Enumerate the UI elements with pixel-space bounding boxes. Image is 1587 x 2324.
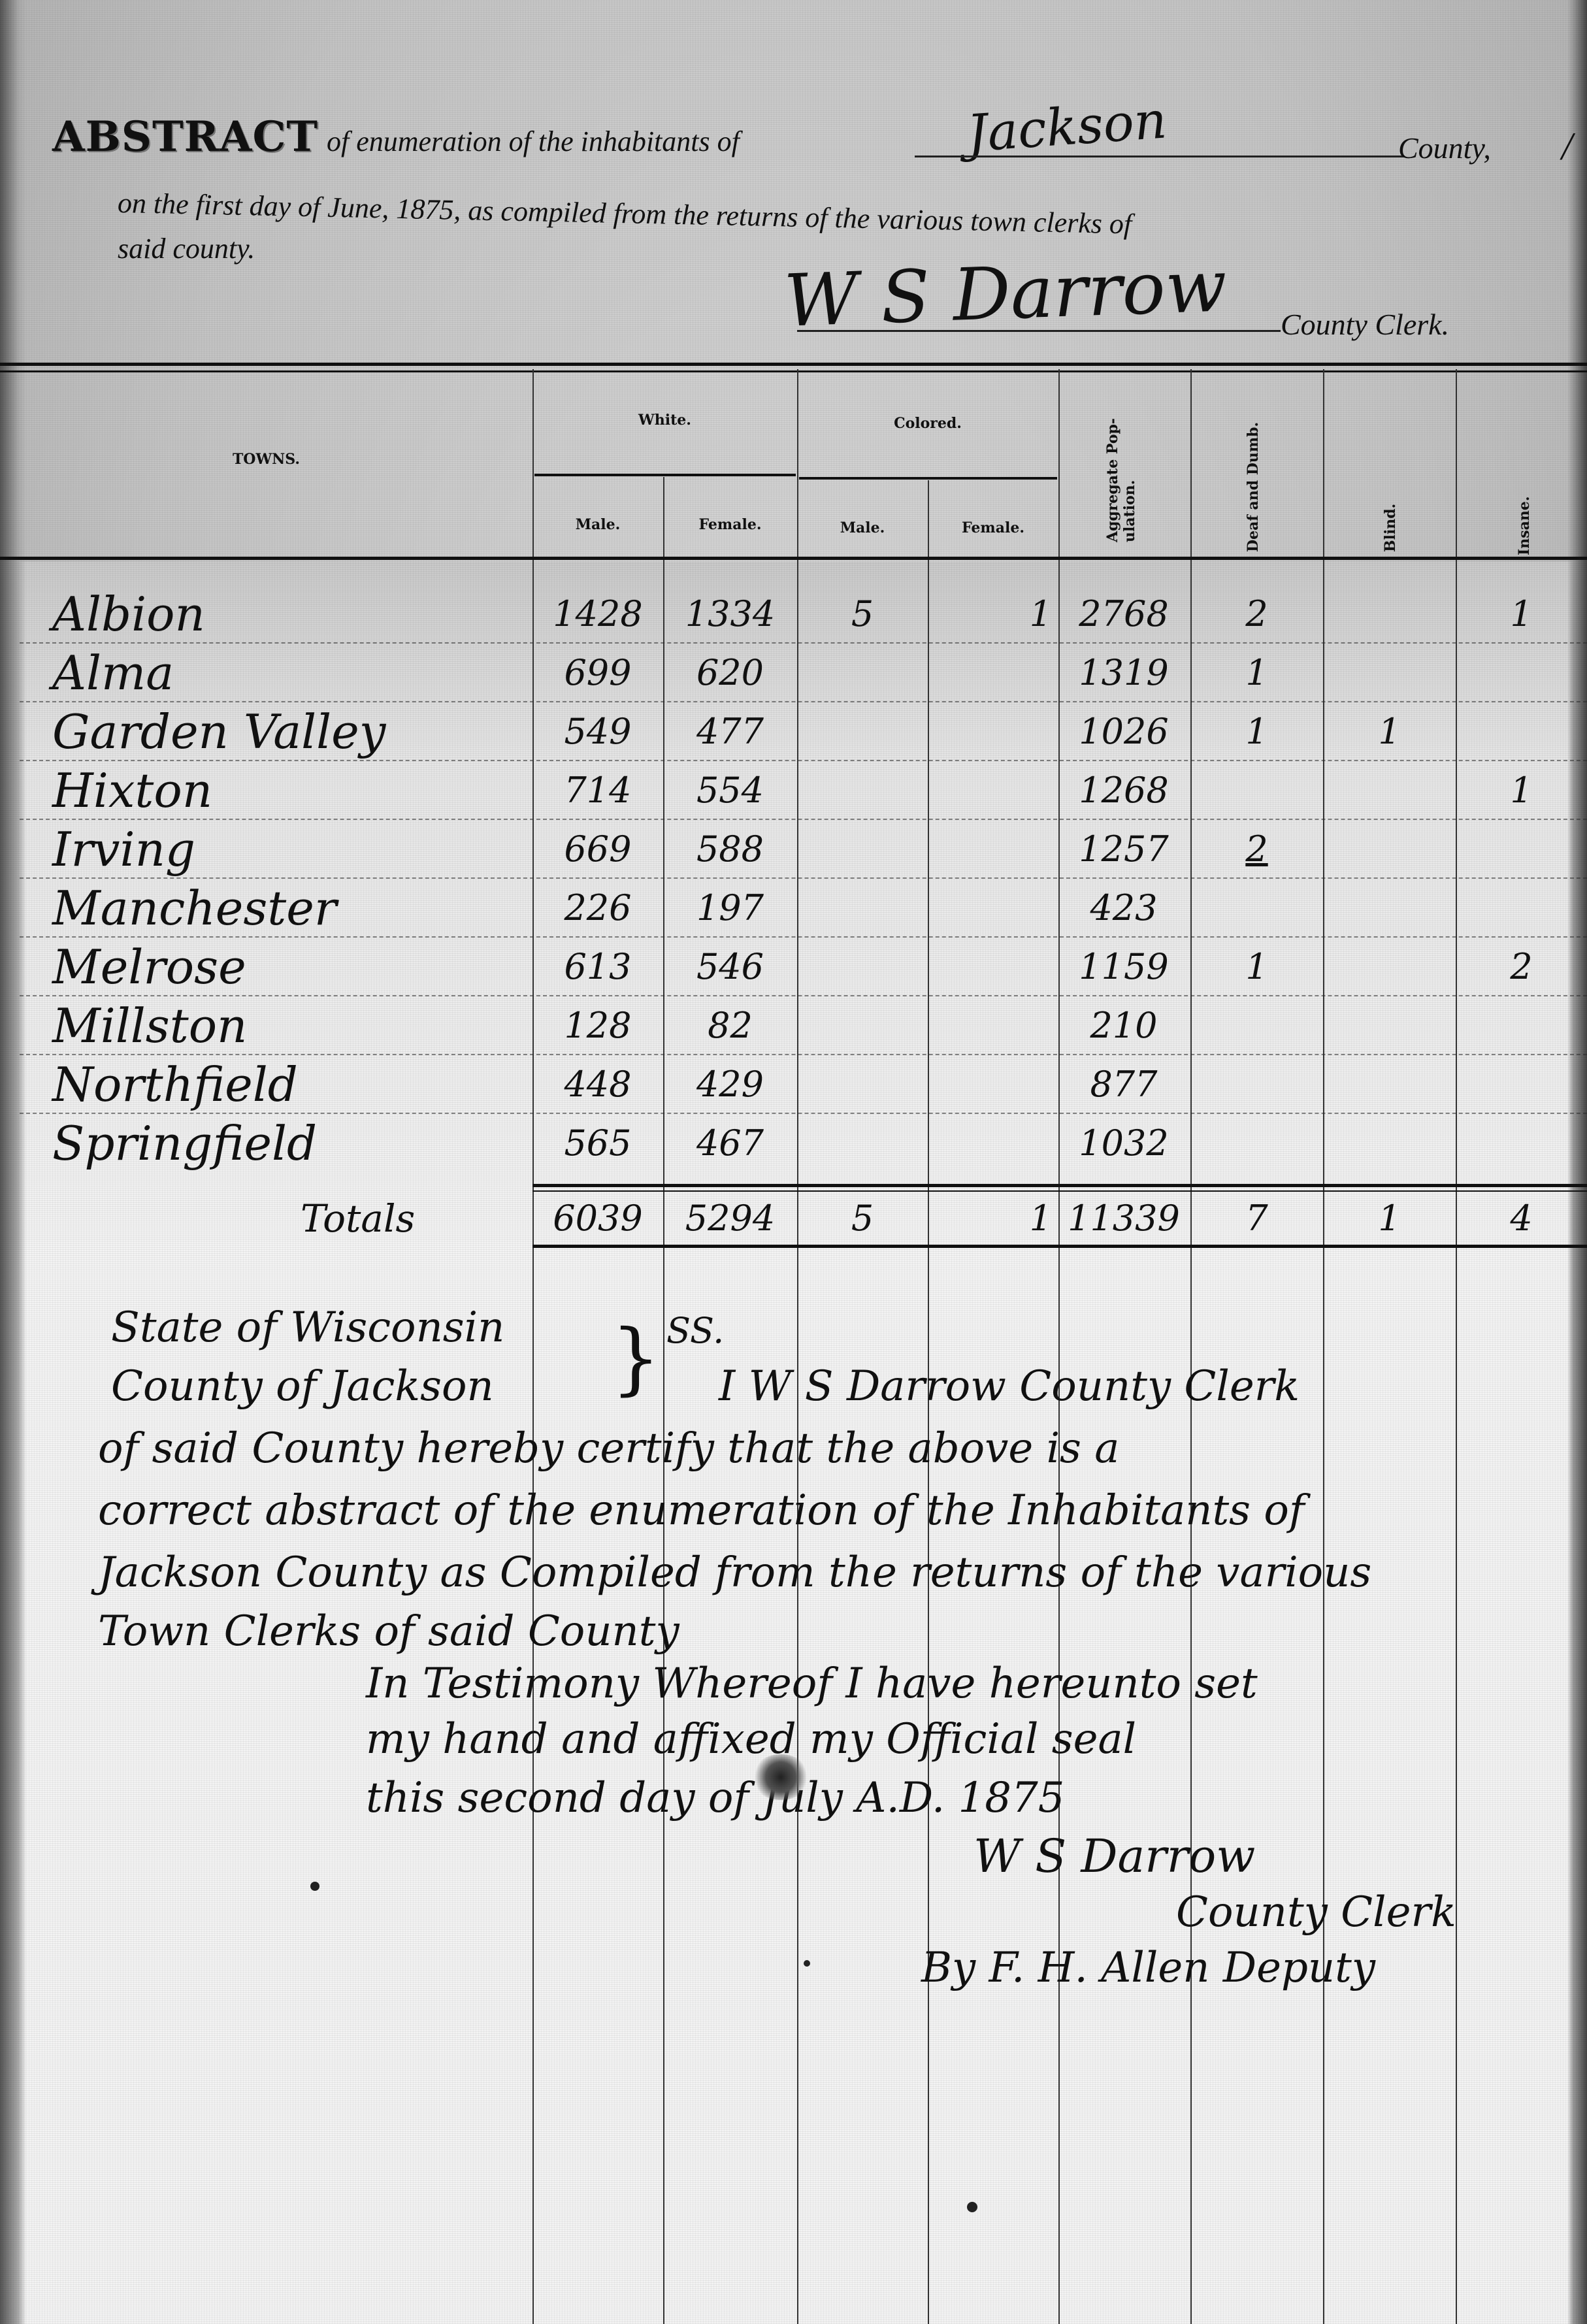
title-line-2: on the first day of June, 1875, as compi… (117, 186, 1132, 241)
margin-mark: / (1562, 124, 1573, 169)
white-male: 613 (532, 938, 663, 996)
white-male: 699 (532, 644, 663, 702)
table-row: Albion 1428 1334 5 1 2768 2 1 (0, 585, 1587, 644)
blind (1323, 1055, 1456, 1114)
white-female: 1334 (663, 585, 797, 644)
insane (1456, 879, 1587, 938)
white-female: 620 (663, 644, 797, 702)
town-name: Alma (52, 644, 174, 702)
county-name-handwritten: Jackson (965, 91, 1168, 163)
blind (1323, 585, 1456, 644)
table-row: Millston 128 82 210 (0, 996, 1587, 1055)
header-top-rule-2 (0, 370, 1587, 372)
total-deaf-dumb: 7 (1190, 1189, 1323, 1248)
cert-state: State of Wisconsin (111, 1303, 504, 1352)
aggregate: 2768 (1058, 585, 1189, 644)
colored-female (928, 702, 1058, 761)
white-male: 565 (532, 1114, 663, 1173)
aggregate: 877 (1058, 1055, 1189, 1114)
total-colored-female: 1 (928, 1189, 1058, 1248)
colored-female (928, 644, 1058, 702)
town-name: Hixton (52, 761, 212, 820)
blind (1323, 879, 1456, 938)
blind (1323, 938, 1456, 996)
town-name: Melrose (52, 938, 246, 996)
town-name: Manchester (52, 879, 336, 938)
aggregate: 1319 (1058, 644, 1189, 702)
colored-female (928, 996, 1058, 1055)
total-aggregate: 11339 (1058, 1189, 1189, 1248)
insane (1456, 1055, 1587, 1114)
blind (1323, 820, 1456, 879)
aggregate: 1032 (1058, 1114, 1189, 1173)
header-bottom-rule (0, 557, 1587, 560)
aggregate: 1159 (1058, 938, 1189, 996)
town-name: Albion (52, 585, 205, 644)
insane: 1 (1456, 761, 1587, 820)
cert-hand-seal: my hand and affixed my Official seal (366, 1715, 1136, 1763)
cert-county: County of Jackson (111, 1362, 494, 1411)
town-name: Irving (52, 820, 195, 879)
cert-line-3: of said County hereby certify that the a… (98, 1424, 1119, 1473)
table-row: Garden Valley 549 477 1026 1 1 (0, 702, 1587, 761)
table-row: Hixton 714 554 1268 1 (0, 761, 1587, 820)
colored-female (928, 1055, 1058, 1114)
title-line-3: said county. (118, 232, 255, 265)
colored-male (797, 996, 928, 1055)
cert-clerk-intro: I W S Darrow County Clerk (719, 1362, 1300, 1411)
colored-male (797, 761, 928, 820)
table-row: Springfield 565 467 1032 (0, 1114, 1587, 1173)
town-name: Northfield (52, 1055, 298, 1114)
total-colored-male: 5 (797, 1189, 928, 1248)
table-row: Alma 699 620 1319 1 (0, 644, 1587, 702)
cert-deputy: By F. H. Allen Deputy (921, 1944, 1375, 1992)
total-white-female: 5294 (663, 1189, 797, 1248)
clerk-signature: W S Darrow (783, 244, 1228, 343)
cert-line-6: Town Clerks of said County (98, 1607, 679, 1656)
town-name: Springfield (52, 1114, 317, 1173)
col-header-white-male: Male. (532, 516, 663, 533)
insane (1456, 1114, 1587, 1173)
totals-bottom-rule (532, 1245, 1587, 1248)
county-name-underline (915, 155, 1405, 157)
col-header-colored-female: Female. (928, 519, 1058, 536)
colored-female (928, 938, 1058, 996)
white-male: 448 (532, 1055, 663, 1114)
ink-spot (310, 1882, 319, 1891)
colored-male (797, 702, 928, 761)
aggregate: 1268 (1058, 761, 1189, 820)
town-name: Garden Valley (52, 702, 385, 761)
colored-male: 5 (797, 585, 928, 644)
col-header-aggregate: Aggregate Pop- ulation. (1104, 392, 1138, 542)
colored-female (928, 820, 1058, 879)
cert-signature-title: County Clerk (1176, 1888, 1456, 1937)
header-top-rule (0, 363, 1587, 366)
colored-subrule (799, 477, 1057, 480)
cert-line-5: Jackson County as Compiled from the retu… (98, 1548, 1371, 1597)
white-male: 669 (532, 820, 663, 879)
cert-testimony: In Testimony Whereof I have hereunto set (366, 1660, 1258, 1708)
blind (1323, 996, 1456, 1055)
deaf-dumb (1190, 1055, 1323, 1114)
white-male: 714 (532, 761, 663, 820)
aggregate: 210 (1058, 996, 1189, 1055)
deaf-dumb: 2 (1190, 585, 1323, 644)
ink-spot (967, 2202, 977, 2212)
total-white-male: 6039 (532, 1189, 663, 1248)
deaf-dumb (1190, 879, 1323, 938)
table-row: Northfield 448 429 877 (0, 1055, 1587, 1114)
table-row: Manchester 226 197 423 (0, 879, 1587, 938)
white-female: 429 (663, 1055, 797, 1114)
colored-male (797, 879, 928, 938)
deaf-dumb (1190, 761, 1323, 820)
aggregate: 1257 (1058, 820, 1189, 879)
county-label: County, (1398, 131, 1491, 165)
title-intro: of enumeration of the inhabitants of (327, 125, 740, 157)
ink-smudge (751, 1754, 810, 1800)
table-row: Irving 669 588 1257 2 (0, 820, 1587, 879)
deaf-dumb: 1 (1190, 938, 1323, 996)
brace-mark: } (611, 1313, 661, 1404)
insane: 2 (1456, 938, 1587, 996)
blind (1323, 761, 1456, 820)
table-row: Melrose 613 546 1159 1 2 (0, 938, 1587, 996)
white-male: 549 (532, 702, 663, 761)
white-female: 588 (663, 820, 797, 879)
col-header-colored: Colored. (797, 415, 1058, 432)
colored-male (797, 820, 928, 879)
white-female: 467 (663, 1114, 797, 1173)
aggregate: 1026 (1058, 702, 1189, 761)
colored-male (797, 1055, 928, 1114)
col-header-insane: Insane. (1516, 483, 1533, 555)
totals-label: Totals (301, 1189, 415, 1248)
white-female: 477 (663, 702, 797, 761)
blind (1323, 1114, 1456, 1173)
total-insane: 4 (1456, 1189, 1587, 1248)
deaf-dumb: 2 (1190, 820, 1323, 879)
deaf-dumb: 1 (1190, 702, 1323, 761)
col-header-deaf-dumb: Deaf and Dumb. (1245, 395, 1262, 552)
totals-top-rule (532, 1184, 1587, 1187)
census-abstract-page: ABSTRACT of enumeration of the inhabitan… (0, 0, 1587, 2324)
white-male: 226 (532, 879, 663, 938)
deaf-dumb (1190, 1114, 1323, 1173)
col-header-colored-male: Male. (797, 519, 928, 536)
colored-male (797, 644, 928, 702)
town-name: Millston (52, 996, 247, 1055)
totals-row: Totals 6039 5294 5 1 11339 7 1 4 (0, 1189, 1587, 1248)
cert-ss: SS. (666, 1310, 724, 1351)
signature-underline (797, 330, 1281, 332)
document-title: ABSTRACT of enumeration of the inhabitan… (52, 112, 740, 161)
white-female: 546 (663, 938, 797, 996)
col-header-blind: Blind. (1382, 487, 1399, 552)
colored-female: 1 (928, 585, 1058, 644)
col-header-white: White. (532, 412, 797, 429)
cert-date: this second day of July A.D. 1875 (366, 1774, 1064, 1822)
insane (1456, 820, 1587, 879)
clerk-title: County Clerk. (1281, 307, 1449, 342)
white-female: 197 (663, 879, 797, 938)
cert-line-4: correct abstract of the enumeration of t… (98, 1486, 1305, 1535)
insane (1456, 996, 1587, 1055)
white-subrule (534, 474, 796, 476)
blind (1323, 644, 1456, 702)
white-female: 554 (663, 761, 797, 820)
blind: 1 (1323, 702, 1456, 761)
colored-female (928, 1114, 1058, 1173)
insane: 1 (1456, 585, 1587, 644)
colored-female (928, 761, 1058, 820)
cert-signature: W S Darrow (973, 1829, 1255, 1883)
col-header-white-female: Female. (663, 516, 797, 533)
insane (1456, 702, 1587, 761)
aggregate: 423 (1058, 879, 1189, 938)
insane (1456, 644, 1587, 702)
abstract-word: ABSTRACT (52, 112, 318, 161)
white-female: 82 (663, 996, 797, 1055)
deaf-dumb: 1 (1190, 644, 1323, 702)
colored-male (797, 1114, 928, 1173)
white-male: 1428 (532, 585, 663, 644)
colored-female (928, 879, 1058, 938)
deaf-dumb (1190, 996, 1323, 1055)
total-blind: 1 (1323, 1189, 1456, 1248)
colored-male (797, 938, 928, 996)
ink-spot (804, 1960, 810, 1967)
white-male: 128 (532, 996, 663, 1055)
col-header-towns: TOWNS. (0, 451, 532, 468)
